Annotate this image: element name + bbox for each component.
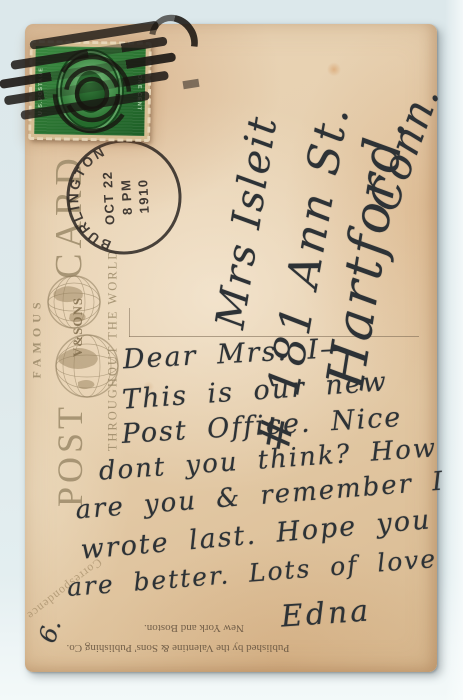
- postmark-date: OCT 22: [100, 170, 118, 225]
- post-card-word-post: POST: [49, 403, 91, 507]
- cancellation-rings: [42, 44, 142, 144]
- postcard-photo: CARD POST FAMOUS THROUGHOUT THE WORLD Co…: [0, 0, 463, 700]
- postmark: BURLINGTON OCT 22 8 PM 1910: [63, 136, 185, 258]
- publisher-cities: New York and Boston.: [144, 622, 244, 634]
- publisher-imprint: Published by the Valentine & Sons' Publi…: [66, 642, 289, 654]
- divider-stub: [129, 308, 130, 337]
- postmark-year: 1910: [135, 178, 152, 214]
- globe-logo-icon: [40, 266, 132, 402]
- message-signature: Edna: [280, 593, 373, 634]
- valentine-sons-monogram: V&SONS: [70, 297, 86, 357]
- postmark-time: 8 PM: [118, 178, 135, 215]
